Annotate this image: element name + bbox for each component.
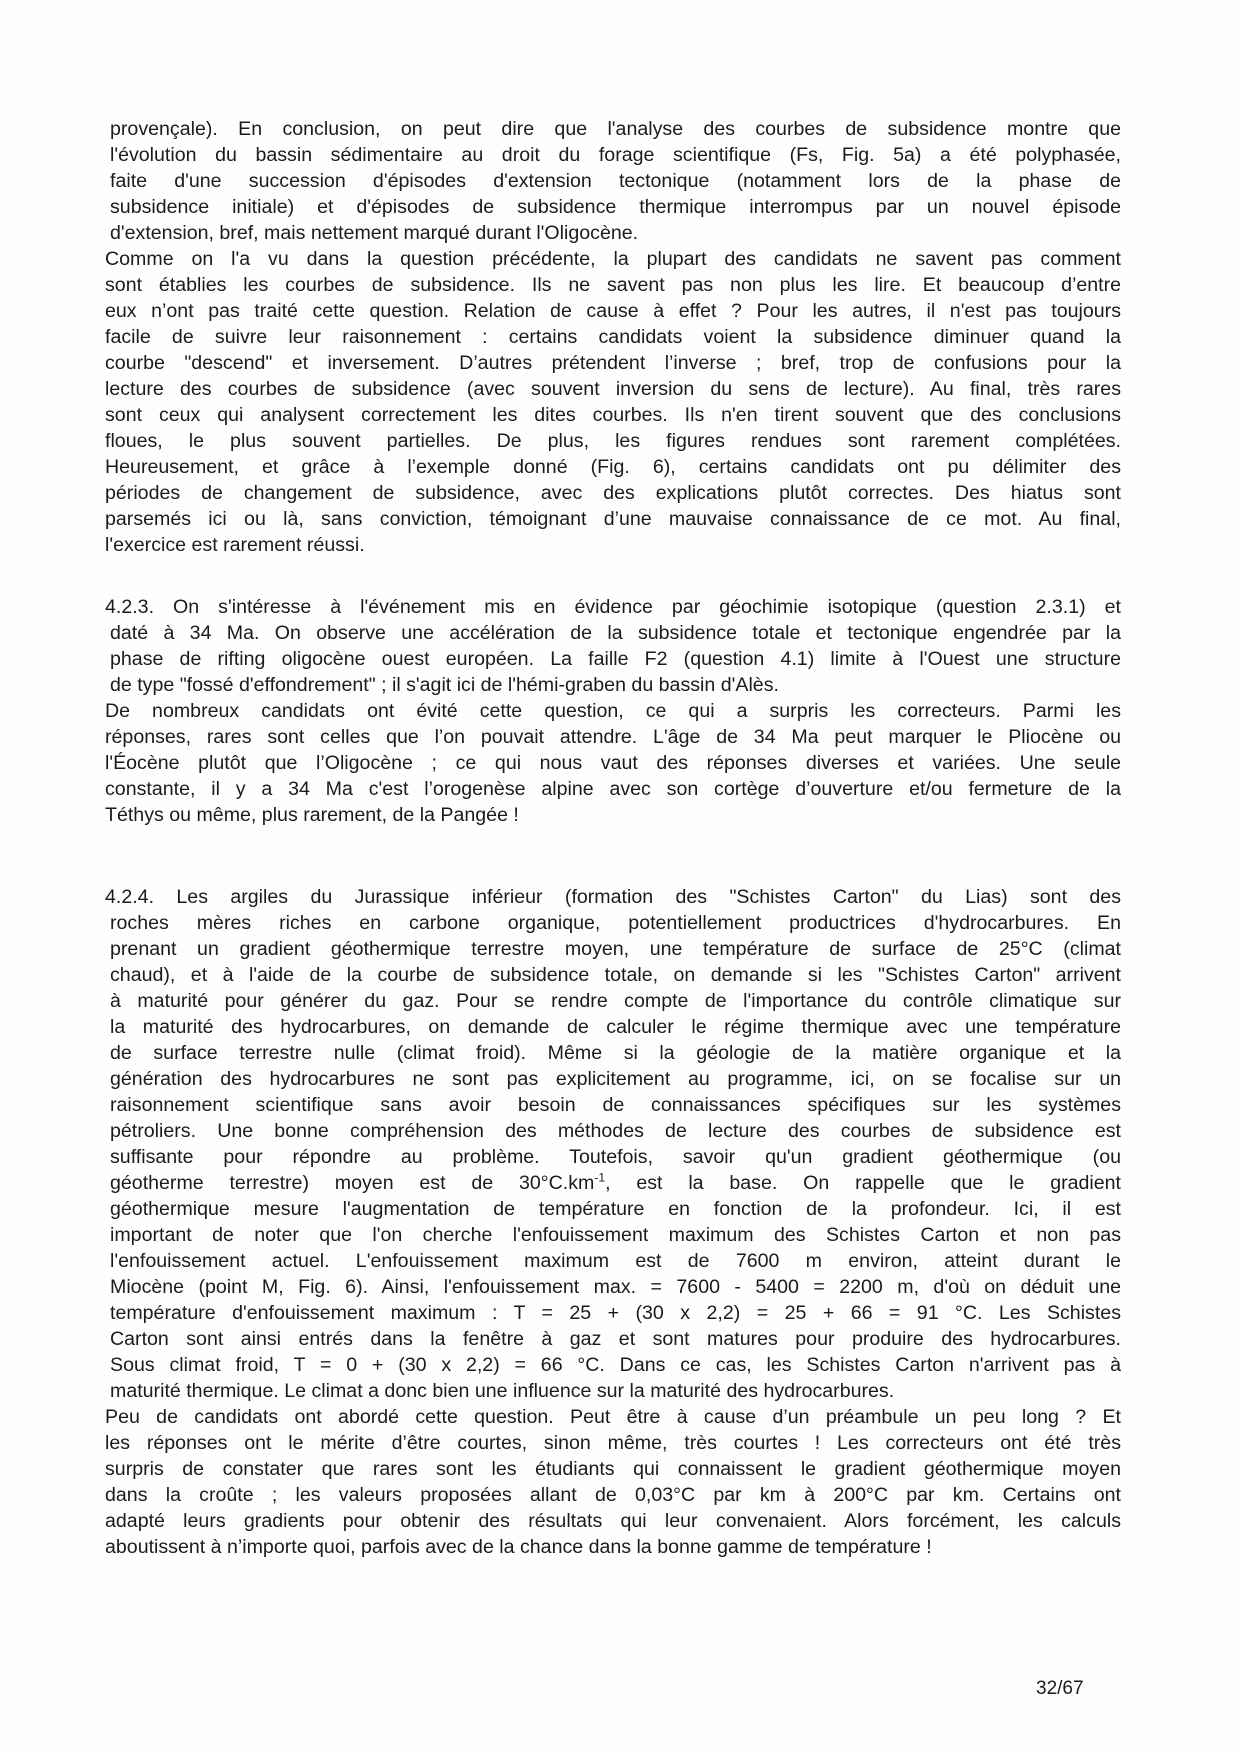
text-line: les réponses ont le mérite d’être courte… (105, 1430, 1121, 1456)
text-line: Carton sont ainsi entrés dans la fenêtre… (105, 1326, 1121, 1352)
text-line: dans la croûte ; les valeurs proposées a… (105, 1482, 1121, 1508)
text-line: Heureusement, et grâce à l’exemple donné… (105, 454, 1121, 480)
paragraph-comment-4-2-4: Peu de candidats ont abordé cette questi… (105, 1404, 1121, 1560)
document-page: provençale). En conclusion, on peut dire… (0, 0, 1240, 1754)
text-line: suffisante pour répondre au problème. To… (105, 1144, 1121, 1170)
paragraph-question-4-2-3: 4.2.3. On s'intéresse à l'événement mis … (105, 594, 1121, 698)
text-line: réponses, rares sont celles que l’on pou… (105, 724, 1121, 750)
text-line: l'exercice est rarement réussi. (105, 532, 1121, 558)
text-line: lecture des courbes de subsidence (avec … (105, 376, 1121, 402)
text-line: Sous climat froid, T = 0 + (30 x 2,2) = … (105, 1352, 1121, 1378)
text-line: sont ceux qui analysent correctement les… (105, 402, 1121, 428)
text-line: l'Éocène plutôt que l’Oligocène ; ce qui… (105, 750, 1121, 776)
text-line: raisonnement scientifique sans avoir bes… (105, 1092, 1121, 1118)
text-line: adapté leurs gradients pour obtenir des … (105, 1508, 1121, 1534)
text-line: température d'enfouissement maximum : T … (105, 1300, 1121, 1326)
paragraph-comment-4-2-2: Comme on l'a vu dans la question précéde… (105, 246, 1121, 558)
text-line: d'extension, bref, mais nettement marqué… (105, 220, 1121, 246)
paragraph-question-4-2-4: 4.2.4. Les argiles du Jurassique inférie… (105, 884, 1121, 1404)
text-line: Peu de candidats ont abordé cette questi… (105, 1404, 1121, 1430)
text-line: constante, il y a 34 Ma c'est l’orogenès… (105, 776, 1121, 802)
text-line: daté à 34 Ma. On observe une accélératio… (105, 620, 1121, 646)
text-line: eux n’ont pas traité cette question. Rel… (105, 298, 1121, 324)
text-line: géothermique mesure l'augmentation de te… (105, 1196, 1121, 1222)
text-line: provençale). En conclusion, on peut dire… (105, 116, 1121, 142)
text-line: maturité thermique. Le climat a donc bie… (105, 1378, 1121, 1404)
text-line: faite d'une succession d'épisodes d'exte… (105, 168, 1121, 194)
text-line: pétroliers. Une bonne compréhension des … (105, 1118, 1121, 1144)
text-line: de surface terrestre nulle (climat froid… (105, 1040, 1121, 1066)
superscript: -1 (594, 1170, 605, 1184)
paragraph-question-4-2-2-continuation: provençale). En conclusion, on peut dire… (105, 116, 1121, 246)
text-line: floues, le plus souvent partielles. De p… (105, 428, 1121, 454)
text-line: phase de rifting oligocène ouest europée… (105, 646, 1121, 672)
text-line: périodes de changement de subsidence, av… (105, 480, 1121, 506)
text-line: Comme on l'a vu dans la question précéde… (105, 246, 1121, 272)
text-line: chaud), et à l'aide de la courbe de subs… (105, 962, 1121, 988)
text-line: surpris de constater que rares sont les … (105, 1456, 1121, 1482)
text-line: l'enfouissement actuel. L'enfouissement … (105, 1248, 1121, 1274)
page-number: 32/67 (1036, 1676, 1084, 1702)
text-line: prenant un gradient géothermique terrest… (105, 936, 1121, 962)
text-line: subsidence initiale) et d'épisodes de su… (105, 194, 1121, 220)
text-line: 4.2.4. Les argiles du Jurassique inférie… (105, 884, 1121, 910)
text-line: courbe "descend" et inversement. D’autre… (105, 350, 1121, 376)
text-line: génération des hydrocarbures ne sont pas… (105, 1066, 1121, 1092)
text-line: Téthys ou même, plus rarement, de la Pan… (105, 802, 1121, 828)
text-line: à maturité pour générer du gaz. Pour se … (105, 988, 1121, 1014)
text-line: aboutissent à n’importe quoi, parfois av… (105, 1534, 1121, 1560)
text-line: Miocène (point M, Fig. 6). Ainsi, l'enfo… (105, 1274, 1121, 1300)
text-line: parsemés ici ou là, sans conviction, tém… (105, 506, 1121, 532)
document-body: provençale). En conclusion, on peut dire… (105, 116, 1121, 1560)
text-line: 4.2.3. On s'intéresse à l'événement mis … (105, 594, 1121, 620)
paragraph-comment-4-2-3: De nombreux candidats ont évité cette qu… (105, 698, 1121, 828)
text-line: l'évolution du bassin sédimentaire au dr… (105, 142, 1121, 168)
text-line: la maturité des hydrocarbures, on demand… (105, 1014, 1121, 1040)
text-line: facile de suivre leur raisonnement : cer… (105, 324, 1121, 350)
text-line: sont établies les courbes de subsidence.… (105, 272, 1121, 298)
text-line: De nombreux candidats ont évité cette qu… (105, 698, 1121, 724)
text-line: roches mères riches en carbone organique… (105, 910, 1121, 936)
text-line: important de noter que l'on cherche l'en… (105, 1222, 1121, 1248)
text-line: géotherme terrestre) moyen est de 30°C.k… (105, 1170, 1121, 1196)
text-line: de type "fossé d'effondrement" ; il s'ag… (105, 672, 1121, 698)
